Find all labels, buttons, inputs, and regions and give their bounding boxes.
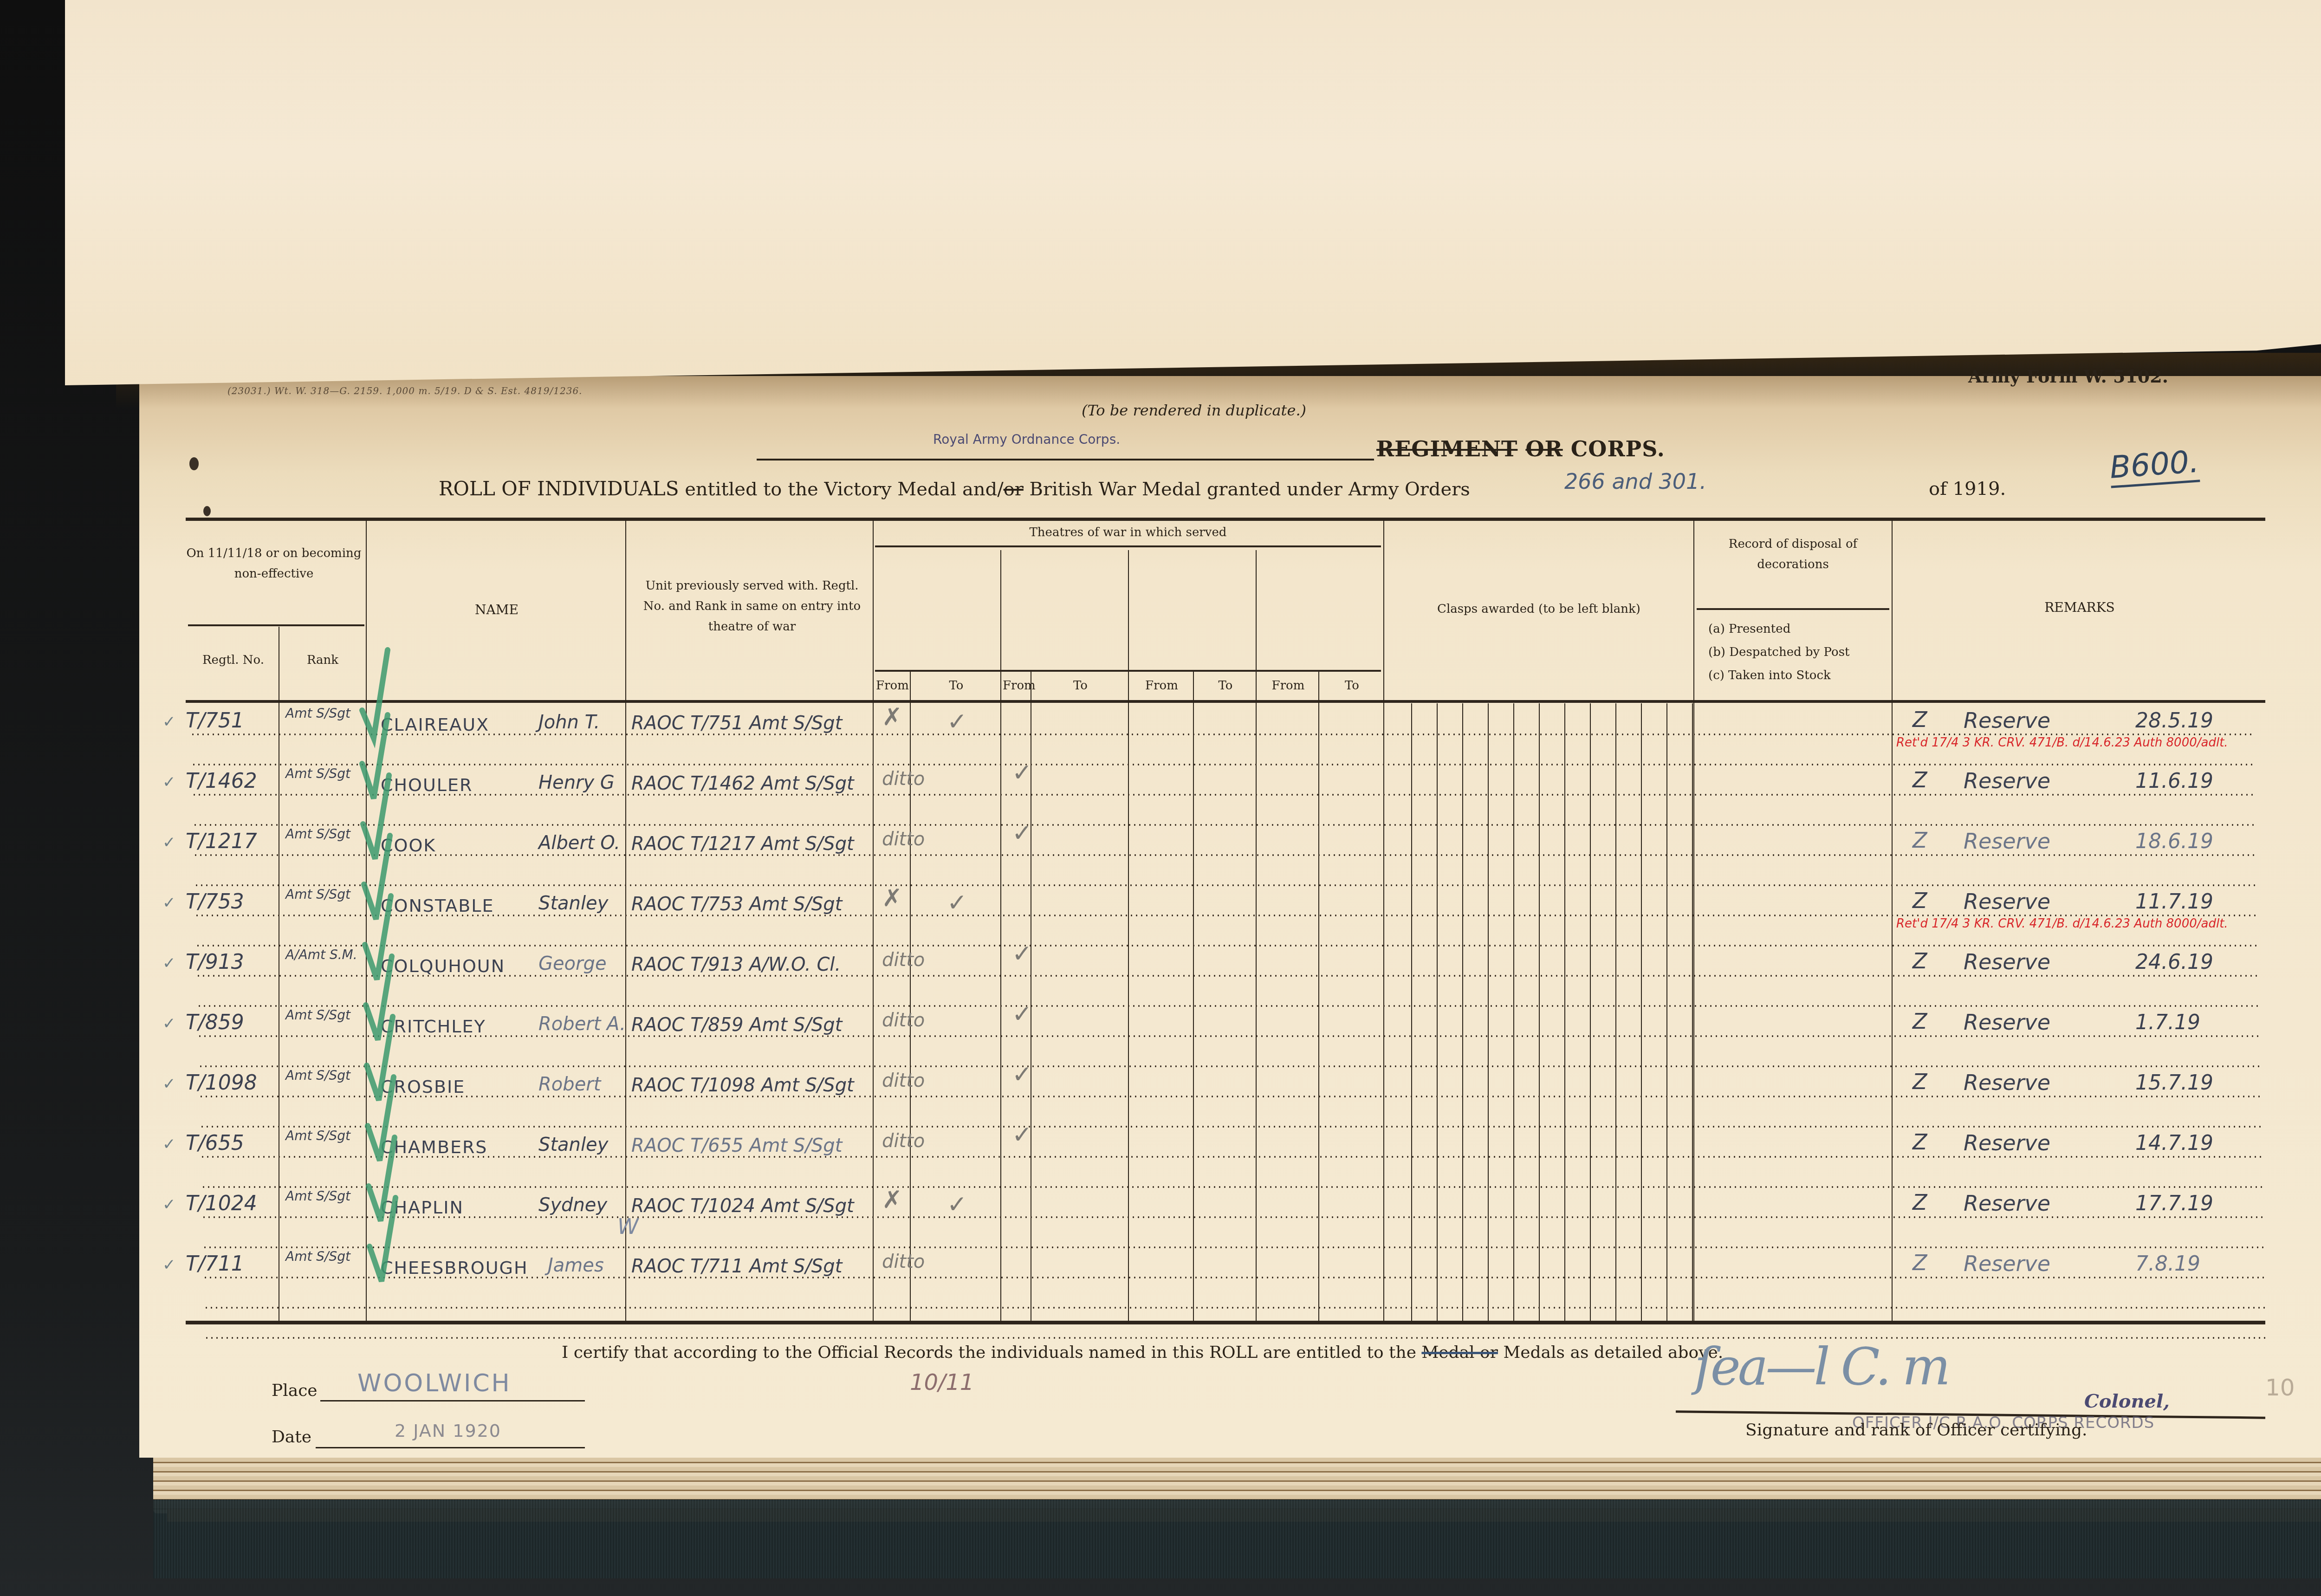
unit-previously-served: RAOC T/913 A/W.O. Cl. [631,954,841,975]
remark-code: Z [1913,707,1927,732]
remark-date: 11.6.19 [2135,769,2213,793]
margin-note: 10/11 [910,1369,974,1395]
date-stamp: 2 JAN 1920 [395,1421,501,1441]
remark-code: Z [1913,1069,1927,1094]
regtl-no: T/711 [186,1252,244,1276]
remark-date: 18.6.19 [2135,830,2213,853]
forename: George [538,953,607,974]
table-row: ✓ T/1462 Amt S/Sgt CHOULER Henry G RAOC … [167,764,2256,824]
header-regtl-no: Regtl. No. [188,650,279,670]
header-rank: Rank [281,650,364,670]
unit-previously-served: RAOC T/859 Amt S/Sgt [631,1014,842,1036]
remark-code: Z [1913,1190,1927,1215]
table-header-bottom-rule [186,700,2265,703]
forename: Sydney [538,1194,607,1216]
remark-text: Reserve [1964,1251,2050,1276]
theatre-to-mark: ✓ [1012,1121,1032,1149]
date-underline [316,1447,585,1448]
forename: John T. [538,712,600,733]
remark-code: Z [1913,888,1927,913]
unit-previously-served: RAOC T/751 Amt S/Sgt [631,713,842,734]
remark-text: Reserve [1964,949,2050,974]
header-unit: Unit previously served with. Regtl. No. … [641,576,863,637]
remark-text: Reserve [1964,708,2050,733]
table-row: ✓ T/751 Amt S/Sgt CLAIREAUX John T. RAOC… [167,703,2256,764]
regiment-struck: REGIMENT [1376,436,1517,461]
margin-tick-icon: ✓ [162,954,176,973]
theatre-from-mark: ditto [882,829,925,850]
theatre-from-mark: ditto [882,1130,925,1152]
place-underline [320,1400,585,1401]
unit-previously-served: RAOC T/753 Amt S/Sgt [631,894,842,915]
certification-statement: I certify that according to the Official… [562,1343,1723,1362]
roll-title-struck-or: or [1004,479,1024,500]
corps-underline [757,459,1374,461]
punch-hole-icon [189,457,199,470]
table-top-rule [186,518,2265,521]
header-to-2: To [1033,675,1128,696]
place-value: WOOLWICH [357,1369,512,1397]
theatre-from-mark: ditto [882,768,925,790]
header-name: NAME [369,599,624,621]
place-label: Place [272,1381,318,1400]
table-row: ✓ T/655 Amt S/Sgt CHAMBERS Stanley RAOC … [167,1126,2256,1186]
remark-code: Z [1913,767,1927,792]
header-disposal-b: (b) Despatched by Post [1708,642,1849,662]
header-remarks: REMARKS [1894,597,2265,619]
theatre-to-mark: ✓ [1012,940,1032,968]
green-check-marks-icon [353,641,408,1291]
theatre-from-mark: ditto [882,1010,925,1031]
margin-tick-icon: ✓ [162,1135,176,1154]
remark-text: Reserve [1964,1010,2050,1035]
table-row: ✓ T/1098 Amt S/Sgt CROSBIE Robert RAOC T… [167,1065,2256,1126]
theatre-to-mark: ✓ [1012,1000,1032,1028]
header-effective-group: On 11/11/18 or on becoming non-effective [183,543,364,584]
remark-date: 7.8.19 [2135,1252,2200,1276]
theatre-from-mark: ditto [882,1070,925,1091]
roll-title-caps: ROLL OF INDIVIDUALS [439,477,679,500]
page-number: 10 [2265,1374,2295,1401]
table-row: ✓ T/859 Amt S/Sgt CRITCHLEY Robert A. RA… [167,1005,2256,1065]
of-year: of 1919. [1929,478,2006,500]
officer-signature: ſea—l C. m [1694,1337,1948,1396]
forename: Robert [538,1074,601,1095]
or-struck: OR [1525,436,1562,461]
remark-text: Reserve [1964,829,2050,854]
dotted-row-line [204,1337,2265,1339]
header-subrule [188,624,364,626]
header-from-1: From [875,675,910,696]
remark-code: Z [1913,828,1927,853]
forename: Stanley [538,893,608,914]
theatre-to-mark: ✓ [1012,1061,1032,1089]
table-row: ✓ T/1024 Amt S/Sgt CHAPLIN Sydney RAOC T… [167,1186,2256,1246]
forename: Stanley [538,1134,608,1155]
theatre-from-mark: ditto [882,949,925,971]
margin-tick-icon: ✓ [162,773,176,792]
theatre-from-mark: ✗ [882,884,902,912]
regiment-or-corps-label: REGIMENT OR CORPS. [1376,436,1665,461]
red-ink-note: Ret'd 17/4 3 KR. CRV. 471/B. d/14.6.23 A… [1896,917,2228,931]
remark-text: Reserve [1964,1191,2050,1216]
remark-text: Reserve [1964,1070,2050,1095]
roll-title-part2: British War Medal granted under Army Ord… [1024,479,1470,500]
remark-text: Reserve [1964,889,2050,914]
table-row: ✓ T/711 Amt S/Sgt CHEESBROUGH James RAOC… [167,1246,2256,1307]
certification-text-1: I certify that according to the Official… [562,1343,1421,1362]
margin-tick-icon: ✓ [162,1075,176,1093]
unit-previously-served: RAOC T/711 Amt S/Sgt [631,1256,842,1277]
unit-previously-served: RAOC T/1024 Amt S/Sgt [631,1195,854,1217]
header-theatres: Theatres of war in which served [875,522,1381,543]
forename: Albert O. [538,832,620,854]
unit-previously-served: RAOC T/655 Amt S/Sgt [631,1135,842,1156]
forename: Robert A. [538,1013,626,1035]
header-from-2: From [1003,675,1031,696]
unit-previously-served: RAOC T/1098 Amt S/Sgt [631,1075,854,1096]
header-disposal-a: (a) Presented [1708,619,1790,639]
w-annotation: W [617,1214,638,1239]
regtl-no: T/1462 [186,769,257,793]
table-bottom-rule [186,1321,2265,1324]
regtl-no: T/1217 [186,830,257,853]
unit-previously-served: RAOC T/1462 Amt S/Sgt [631,773,854,794]
regtl-no: T/751 [186,709,244,733]
print-code: (23031.) Wt. W. 318—G. 2159. 1,000 m. 5/… [227,385,582,396]
rank-stamp: Colonel, [2084,1390,2170,1412]
date-label: Date [272,1427,311,1447]
red-ink-note: Ret'd 17/4 3 KR. CRV. 471/B. d/14.6.23 A… [1896,736,2228,750]
binding-cloth [153,1499,2321,1578]
roll-title-part1: entitled to the Victory Medal and/ [679,479,1003,500]
dotted-row-line [204,1307,2265,1309]
margin-tick-icon: ✓ [162,833,176,852]
remark-code: Z [1913,948,1927,973]
header-subrule [875,670,1381,672]
regtl-no: T/1024 [186,1192,257,1215]
table-row: ✓ T/913 A/Amt S.M. COLQUHOUN George RAOC… [167,945,2256,1005]
header-clasps: Clasps awarded (to be left blank) [1386,599,1692,619]
duplicate-note: (To be rendered in duplicate.) [1082,402,1306,419]
table-row: ✓ T/1217 Amt S/Sgt COOK Albert O. RAOC T… [167,824,2256,884]
regtl-no: T/913 [186,950,244,974]
certification-struck: Medal or [1421,1343,1498,1362]
remark-date: 14.7.19 [2135,1131,2213,1155]
header-to-3: To [1195,675,1256,696]
theatre-to-mark: ✓ [947,889,967,917]
unit-previously-served: RAOC T/1217 Amt S/Sgt [631,833,854,855]
theatre-to-mark: ✓ [1012,759,1032,787]
margin-tick-icon: ✓ [162,713,176,731]
remark-text: Reserve [1964,768,2050,793]
remark-date: 24.6.19 [2135,950,2213,974]
remark-code: Z [1913,1250,1927,1275]
theatre-from-mark: ✗ [882,703,902,731]
punch-hole-icon [203,506,211,516]
folded-upper-page [65,0,2321,385]
theatre-to-mark: ✓ [1012,819,1032,847]
margin-tick-icon: ✓ [162,1195,176,1214]
margin-tick-icon: ✓ [162,1014,176,1033]
regtl-no: T/655 [186,1131,244,1155]
remark-date: 15.7.19 [2135,1071,2213,1095]
remark-date: 1.7.19 [2135,1011,2200,1034]
remark-date: 17.7.19 [2135,1192,2213,1215]
corps-stamp: Royal Army Ordnance Corps. [933,432,1120,447]
table-row: ✓ T/753 Amt S/Sgt CONSTABLE Stanley RAOC… [167,884,2256,945]
regtl-no: T/1098 [186,1071,257,1095]
theatre-from-mark: ✗ [882,1186,902,1214]
regtl-no: T/859 [186,1011,244,1034]
army-orders-handwritten: 266 and 301. [1564,469,1706,494]
roll-title: ROLL OF INDIVIDUALS entitled to the Vict… [439,477,1470,500]
remark-date: 11.7.19 [2135,890,2213,914]
header-subrule [875,545,1381,547]
header-disposal: Record of disposal of decorations [1697,534,1889,575]
theatre-from-mark: ditto [882,1251,925,1272]
header-from-4: From [1258,675,1318,696]
forename: Henry G [538,772,615,793]
margin-tick-icon: ✓ [162,894,176,912]
army-form-number: Army Form W. 5102. [1968,366,2168,387]
theatre-to-mark: ✓ [947,708,967,736]
roll-reference: B600. [2109,446,2200,488]
remark-code: Z [1913,1009,1927,1034]
regtl-no: T/753 [186,890,244,914]
corps-label: CORPS. [1571,436,1665,461]
theatre-to-mark: ✓ [947,1191,967,1219]
header-from-3: From [1130,675,1193,696]
margin-tick-icon: ✓ [162,1256,176,1274]
header-subrule [1697,608,1889,610]
header-to-1: To [912,675,1000,696]
remark-code: Z [1913,1129,1927,1155]
forename: James [548,1255,604,1276]
header-to-4: To [1321,675,1383,696]
signature-caption: Signature and rank of Officer certifying… [1745,1421,2087,1440]
certification-text-2: Medals as detailed above. [1498,1343,1723,1362]
remark-text: Reserve [1964,1130,2050,1155]
header-disposal-c: (c) Taken into Stock [1708,665,1831,686]
remark-date: 28.5.19 [2135,709,2213,733]
